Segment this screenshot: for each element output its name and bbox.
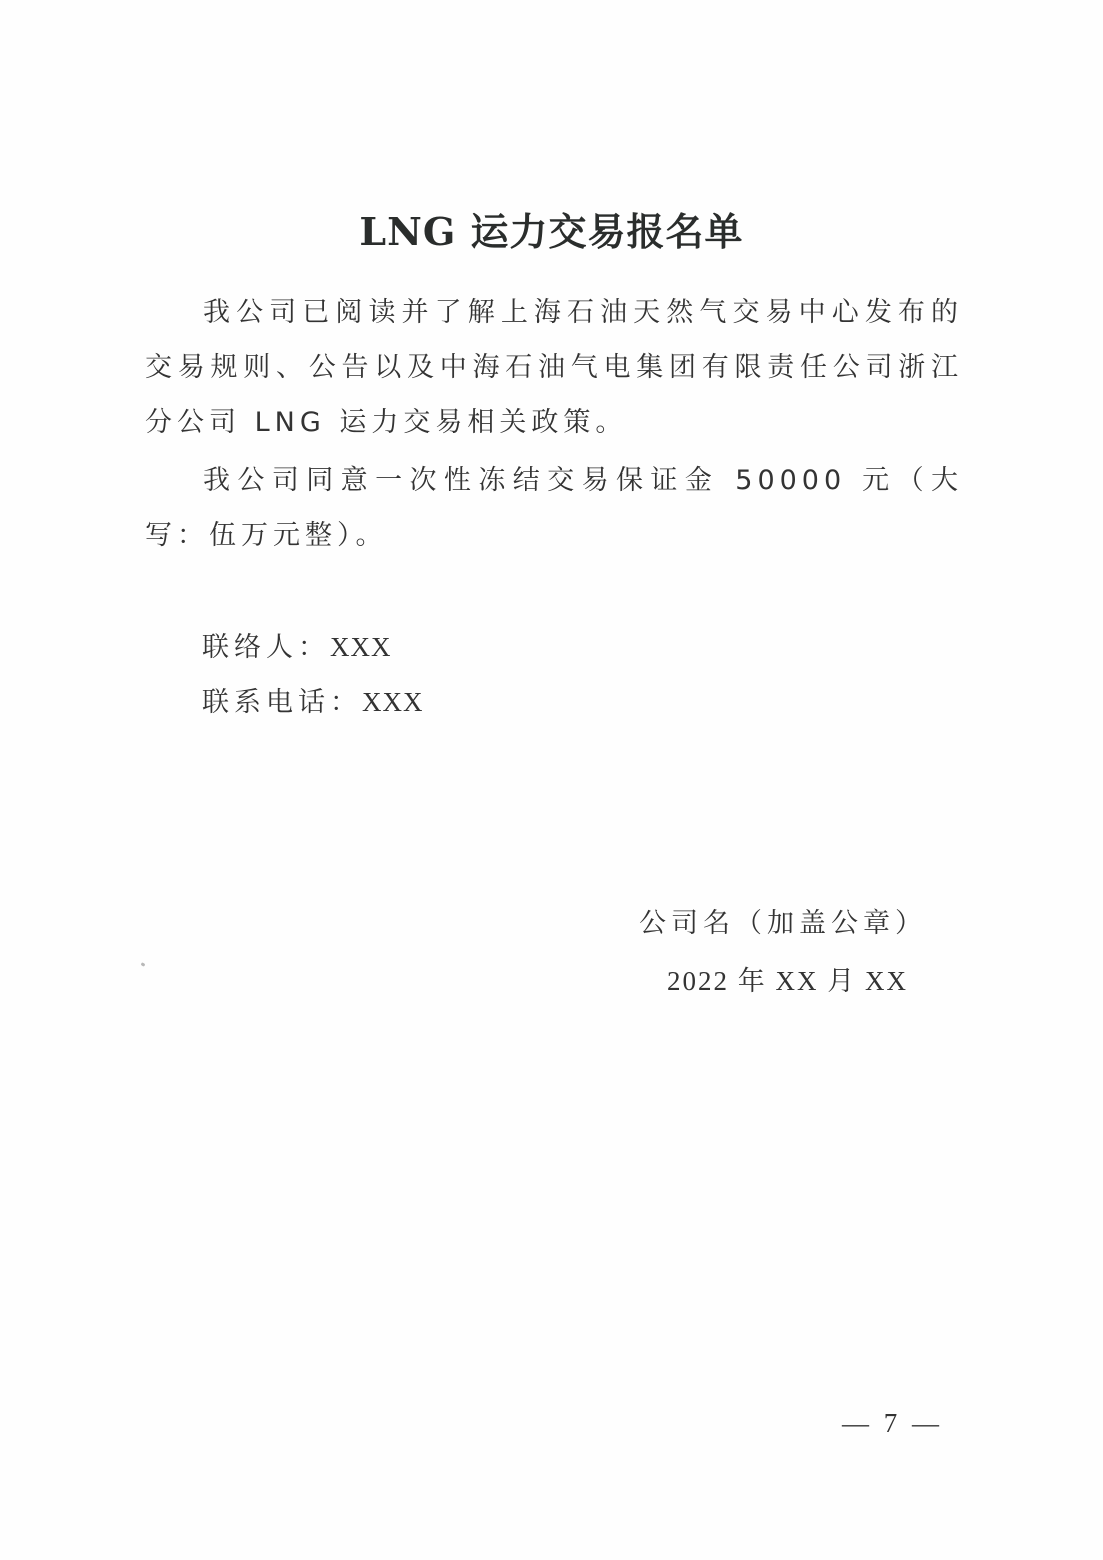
contact-person-label: 联络人： xyxy=(202,632,330,663)
signature-date: 2022 年 XX 月 XX xyxy=(667,961,908,1001)
paragraph-policy-acknowledgement: 我公司已阅读并了解上海石油天然气交易中心发布的交易规则、公告以及中海石油气电集团… xyxy=(145,285,963,450)
contact-phone-label: 联系电话： xyxy=(202,687,362,718)
company-seal-line: 公司名（加盖公章） xyxy=(639,904,927,944)
page-number: — 7 — xyxy=(842,1405,943,1441)
contact-phone-line: 联系电话：XXX xyxy=(202,682,424,723)
paragraph-deposit-agreement: 我公司同意一次性冻结交易保证金 50000 元（大写：伍万元整）。 xyxy=(145,453,963,563)
contact-phone-value: XXX xyxy=(362,687,424,717)
document-title: LNG 运力交易报名单 xyxy=(0,204,1103,260)
scan-artifact-mark xyxy=(141,962,146,967)
contact-person-line: 联络人：XXX xyxy=(202,627,392,668)
document-page: LNG 运力交易报名单 我公司已阅读并了解上海石油天然气交易中心发布的交易规则、… xyxy=(0,0,1103,1560)
contact-person-value: XXX xyxy=(330,632,392,662)
